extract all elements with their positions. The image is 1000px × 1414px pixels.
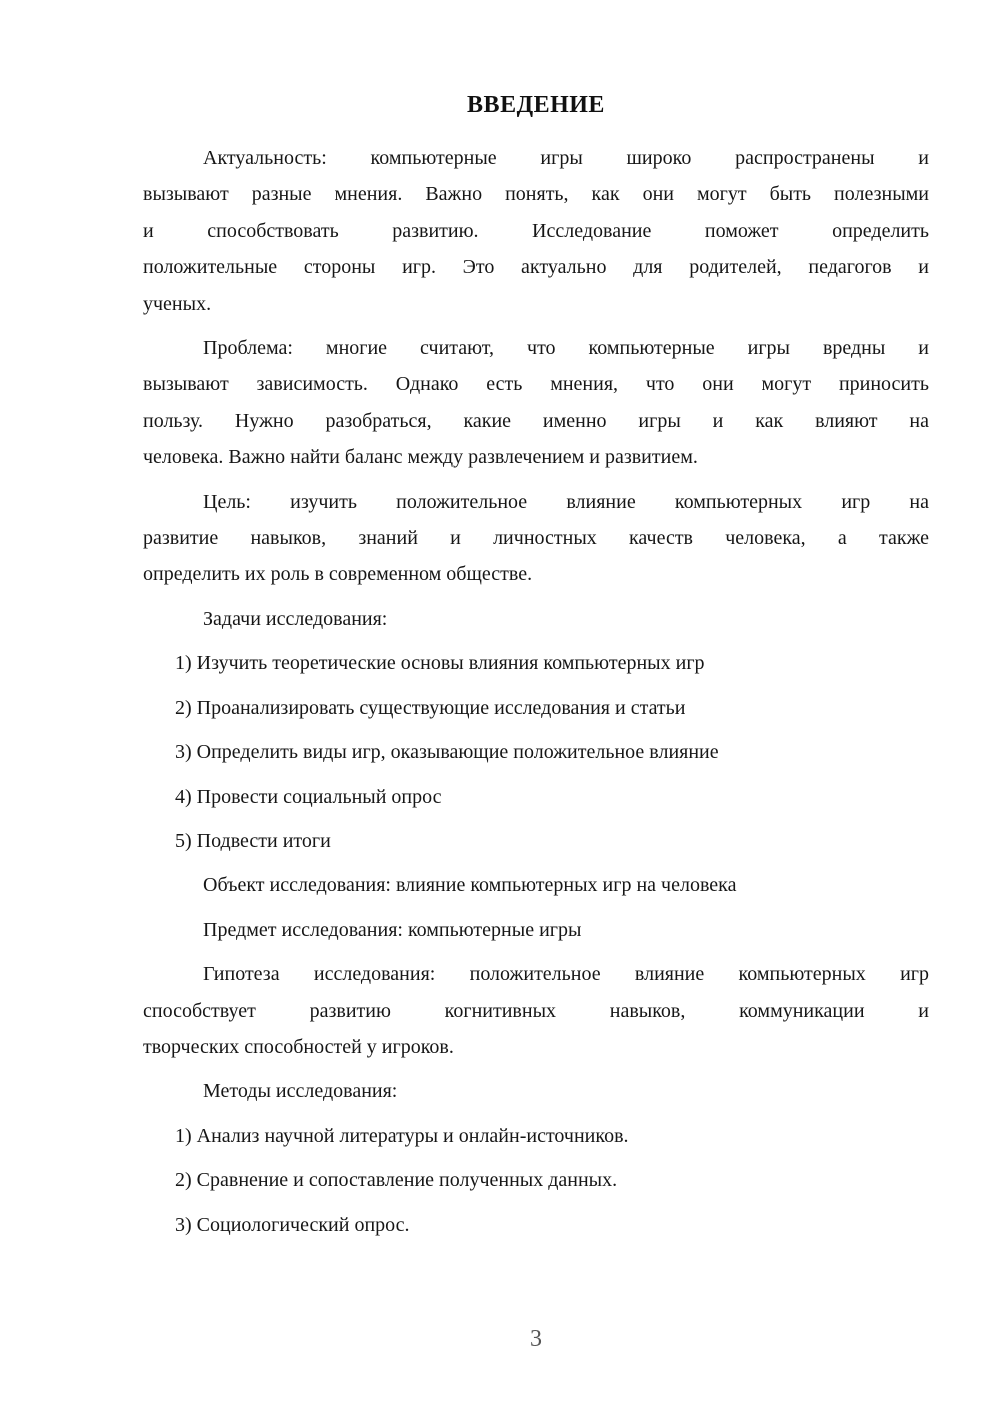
research-object: Объект исследования: влияние компьютерны…: [143, 867, 929, 903]
text-line: человека. Важно найти баланс между развл…: [143, 439, 929, 475]
method-item: 3) Социологический опрос.: [143, 1207, 929, 1243]
method-item: 2) Сравнение и сопоставление полученных …: [143, 1162, 929, 1198]
task-item: 1) Изучить теоретические основы влияния …: [143, 645, 929, 681]
method-item: 1) Анализ научной литературы и онлайн-ис…: [143, 1118, 929, 1154]
task-item: 5) Подвести итоги: [143, 823, 929, 859]
text-line: Проблема: многие считают, что компьютерн…: [143, 330, 929, 366]
text-line: творческих способностей у игроков.: [143, 1029, 929, 1065]
text-line: Актуальность: компьютерные игры широко р…: [143, 140, 929, 176]
text-line: и способствовать развитию. Исследование …: [143, 213, 929, 249]
text-line: положительные стороны игр. Это актуально…: [143, 249, 929, 285]
paragraph-hypothesis: Гипотеза исследования: положительное вли…: [143, 956, 929, 1065]
text-line: определить их роль в современном обществ…: [143, 556, 929, 592]
research-subject: Предмет исследования: компьютерные игры: [143, 912, 929, 948]
task-item: 3) Определить виды игр, оказывающие поло…: [143, 734, 929, 770]
text-line: способствует развитию когнитивных навыко…: [143, 993, 929, 1029]
page-number: 3: [143, 1324, 929, 1354]
text-line: развитие навыков, знаний и личностных ка…: [143, 520, 929, 556]
paragraph-problem: Проблема: многие считают, что компьютерн…: [143, 330, 929, 476]
task-item: 2) Проанализировать существующие исследо…: [143, 690, 929, 726]
document-content: ВВЕДЕНИЕ Актуальность: компьютерные игры…: [0, 0, 1000, 1243]
text-line: Цель: изучить положительное влияние комп…: [143, 484, 929, 520]
tasks-heading: Задачи исследования:: [143, 601, 929, 637]
text-line: вызывают зависимость. Однако есть мнения…: [143, 366, 929, 402]
methods-list: 1) Анализ научной литературы и онлайн-ис…: [143, 1118, 929, 1243]
document-page: ВВЕДЕНИЕ Актуальность: компьютерные игры…: [0, 0, 1000, 1414]
task-item: 4) Провести социальный опрос: [143, 779, 929, 815]
tasks-list: 1) Изучить теоретические основы влияния …: [143, 645, 929, 859]
paragraph-goal: Цель: изучить положительное влияние комп…: [143, 484, 929, 593]
document-title: ВВЕДЕНИЕ: [143, 90, 929, 120]
text-line: Гипотеза исследования: положительное вли…: [143, 956, 929, 992]
text-line: пользу. Нужно разобраться, какие именно …: [143, 403, 929, 439]
text-line: ученых.: [143, 286, 929, 322]
text-line: вызывают разные мнения. Важно понять, ка…: [143, 176, 929, 212]
methods-heading: Методы исследования:: [143, 1073, 929, 1109]
paragraph-relevance: Актуальность: компьютерные игры широко р…: [143, 140, 929, 322]
